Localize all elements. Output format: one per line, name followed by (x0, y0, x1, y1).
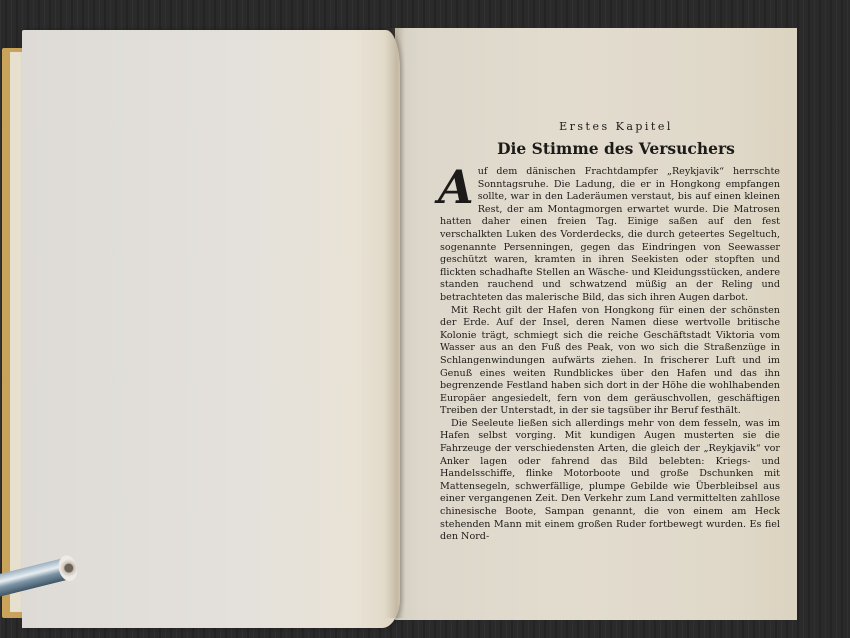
paragraph-1-text: uf dem dänischen Frachtdampfer „Reykjavi… (440, 166, 780, 303)
left-page-blank (22, 30, 400, 628)
paragraph-2: Mit Recht gilt der Hafen von Hongkong fü… (440, 305, 780, 418)
book-spine-shadow (385, 28, 405, 618)
chapter-label: Erstes Kapitel (452, 120, 780, 133)
page-text-block: Erstes Kapitel Die Stimme des Versuchers… (440, 120, 780, 544)
paragraph-1: Auf dem dänischen Frachtdampfer „Reykjav… (440, 166, 780, 305)
drop-cap: A (438, 168, 474, 206)
chapter-title: Die Stimme des Versuchers (452, 139, 780, 158)
right-page: Erstes Kapitel Die Stimme des Versuchers… (395, 28, 797, 620)
paragraph-3: Die Seeleute ließen sich allerdings mehr… (440, 418, 780, 544)
body-text: Auf dem dänischen Frachtdampfer „Reykjav… (440, 166, 780, 544)
